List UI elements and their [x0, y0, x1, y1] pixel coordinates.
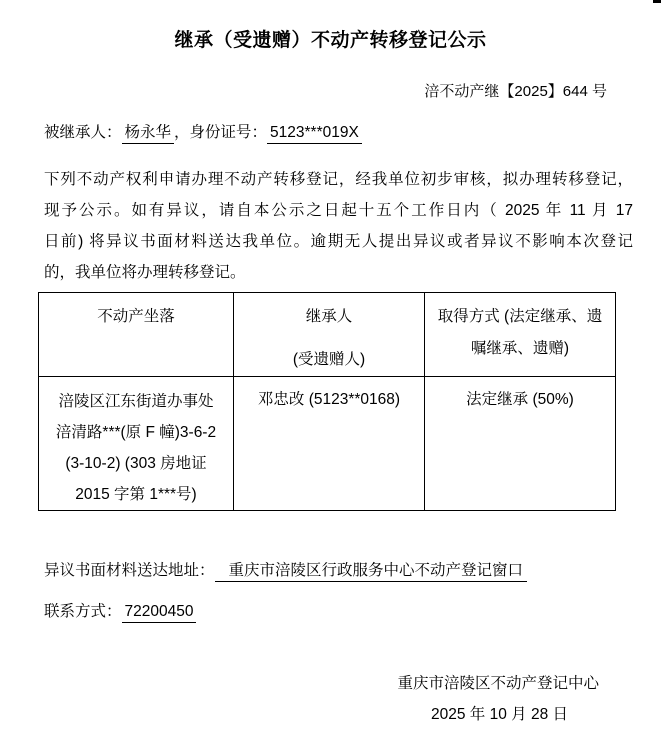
decedent-name-value: 杨永华 — [122, 124, 175, 144]
method-value: 法定继承 (50%) — [425, 377, 615, 412]
table-row: 涪陵区江东街道办事处 涪清路***(原 F 幢)3-6-2 (3-10-2) (… — [39, 377, 616, 511]
heir-value: 邓忠改 (5123**0168) — [234, 377, 424, 412]
location-line: 涪陵区江东街道办事处 — [39, 386, 233, 417]
header-heir-label-line1: 继承人 — [234, 293, 424, 333]
issue-date: 2025 年 10 月 28 日 — [0, 705, 661, 725]
contact-label: 联系方式： — [44, 603, 122, 620]
location-line: (3-10-2) (303 房地证 — [39, 448, 233, 479]
cell-location: 涪陵区江东街道办事处 涪清路***(原 F 幢)3-6-2 (3-10-2) (… — [39, 377, 234, 511]
header-method: 取得方式 (法定继承、遗 嘱继承、遗赠) — [425, 293, 616, 377]
notice-body-line: 日前) 将异议书面材料送达我单位。逾期无人提出异议或者异议不影响本次登记 — [44, 226, 633, 257]
id-number-value: 5123***019X — [267, 124, 362, 144]
contact-line: 联系方式：72200450 — [44, 600, 641, 624]
objection-address-value: 重庆市涪陵区行政服务中心不动产登记窗口 — [215, 562, 528, 582]
location-line: 涪清路***(原 F 幢)3-6-2 — [39, 417, 233, 448]
scan-corner-artifact — [653, 0, 661, 3]
contact-phone-value: 72200450 — [122, 603, 197, 623]
document-number: 涪不动产继【2025】644 号 — [0, 81, 661, 103]
id-number-label: ，身份证号： — [174, 124, 267, 141]
objection-address-line: 异议书面材料送达地址：重庆市涪陵区行政服务中心不动产登记窗口 — [44, 559, 641, 583]
header-location-label: 不动产坐落 — [39, 293, 233, 333]
notice-body: 下列不动产权利申请办理不动产转移登记，经我单位初步审核，拟办理转移登记， 现予公… — [44, 164, 633, 288]
issuing-authority: 重庆市涪陵区不动产登记中心 — [0, 674, 661, 694]
header-heir: 继承人 (受遗赠人) — [234, 293, 425, 377]
decedent-line: 被继承人：杨永华，身份证号：5123***019X — [44, 121, 633, 145]
objection-address-label: 异议书面材料送达地址： — [44, 562, 215, 579]
notice-body-line: 下列不动产权利申请办理不动产转移登记，经我单位初步审核，拟办理转移登记， — [44, 164, 633, 195]
notice-body-line: 的，我单位将办理转移登记。 — [44, 257, 633, 288]
table-header-row: 不动产坐落 继承人 (受遗赠人) 取得方式 (法定继承、遗 嘱继承、遗赠) — [39, 293, 616, 377]
decedent-label: 被继承人： — [44, 124, 122, 141]
cell-heir: 邓忠改 (5123**0168) — [234, 377, 425, 511]
notice-body-line: 现予公示。如有异议，请自本公示之日起十五个工作日内（ 2025 年 11 月 1… — [44, 195, 633, 226]
page-title: 继承（受遗赠）不动产转移登记公示 — [0, 28, 661, 54]
registration-table: 不动产坐落 继承人 (受遗赠人) 取得方式 (法定继承、遗 嘱继承、遗赠) 涪陵… — [38, 292, 616, 511]
header-location: 不动产坐落 — [39, 293, 234, 377]
cell-method: 法定继承 (50%) — [425, 377, 616, 511]
location-line: 2015 字第 1***号) — [39, 479, 233, 510]
header-heir-label-line2: (受遗赠人) — [234, 344, 424, 376]
header-method-label-line2: 嘱继承、遗赠) — [425, 333, 615, 365]
header-method-label-line1: 取得方式 (法定继承、遗 — [425, 293, 615, 333]
location-lines: 涪陵区江东街道办事处 涪清路***(原 F 幢)3-6-2 (3-10-2) (… — [39, 377, 233, 510]
